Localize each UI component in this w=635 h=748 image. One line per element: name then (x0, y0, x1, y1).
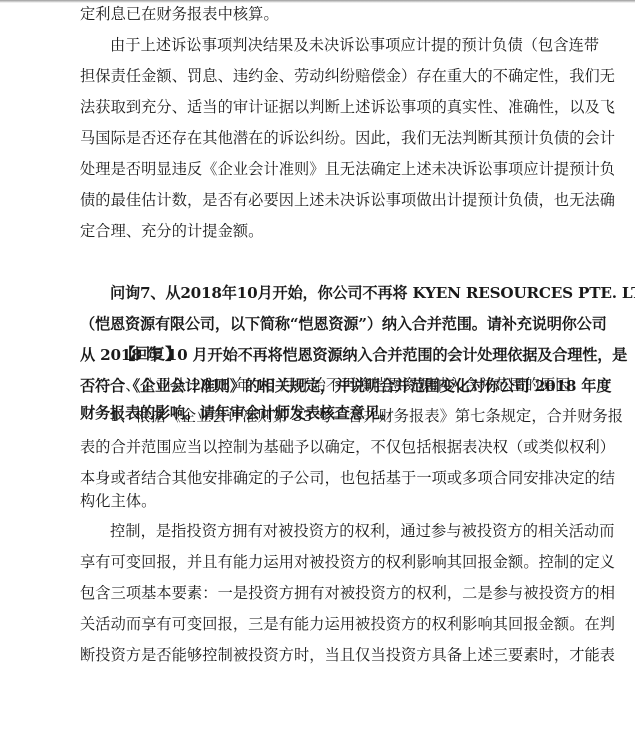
paragraph-line: 债的最佳估计数，是否有必要因上述未决诉讼事项做出计提预计负债，也无法确 (80, 189, 615, 211)
paragraph-line: 关活动而享有可变回报，三是有能力运用被投资方的权利影响其回报金额。在判 (80, 613, 615, 635)
reply-heading: 【回复】 (120, 343, 180, 365)
paragraph-line: 由于上述诉讼事项判决结果及未决诉讼事项应计提的预计负债（包含连带 (110, 34, 599, 56)
paragraph-line: 断投资方是否能够控制被投资方时，当且仅当投资方具备上述三要素时，才能表 (80, 644, 615, 666)
paragraph-line: 构化主体。 (80, 490, 156, 512)
paragraph-line: 定合理、充分的计提金额。 (80, 220, 263, 242)
paragraph-line: 马国际是否还存在其他潜在的诉讼纠纷。因此，我们无法判断其预计负债的会计 (80, 127, 615, 149)
paragraph-line: 表的合并范围应当以控制为基础予以确定，不仅包括根据表决权（或类似权利） (80, 436, 615, 458)
paragraph-line: 法获取到充分、适当的审计证据以判断上述诉讼事项的真实性、准确性，以及飞 (80, 96, 615, 118)
section-heading: 一、公司从 2018 年 10 月开始不再将恺恩资源纳入合并范围的原因 (110, 374, 570, 396)
paragraph-line: 1、根据《企业会计准则第 33 号—合并财务报表》第七条规定，合并财务报 (110, 405, 623, 427)
paragraph-line: 包含三项基本要素：一是投资方拥有对被投资方的权利，二是参与被投资方的相 (80, 582, 615, 604)
paragraph-line: 本身或者结合其他安排确定的子公司，也包括基于一项或多项合同安排决定的结 (80, 467, 615, 489)
paragraph-line: 处理是否明显违反《企业会计准则》且无法确定上述未决诉讼事项应计提预计负 (80, 158, 615, 180)
paragraph-line: 控制，是指投资方拥有对被投资方的权利，通过参与被投资方的相关活动而 (110, 520, 615, 542)
paragraph-line: 担保责任金额、罚息、违约金、劳动纠纷赔偿金）存在重大的不确定性，我们无 (80, 65, 615, 87)
inquiry-line: （恺恩资源有限公司，以下简称“恺恩资源”）纳入合并范围。请补充说明你公司 (80, 313, 607, 335)
inquiry-heading: 问询7、从2018年10月开始，你公司不再将 KYEN RESOURCES PT… (110, 282, 635, 304)
paragraph-line: 享有可变回报，并且有能力运用对被投资方的权利影响其回报金额。控制的定义 (80, 551, 615, 573)
paragraph-line: 定利息已在财务报表中核算。 (80, 3, 279, 25)
